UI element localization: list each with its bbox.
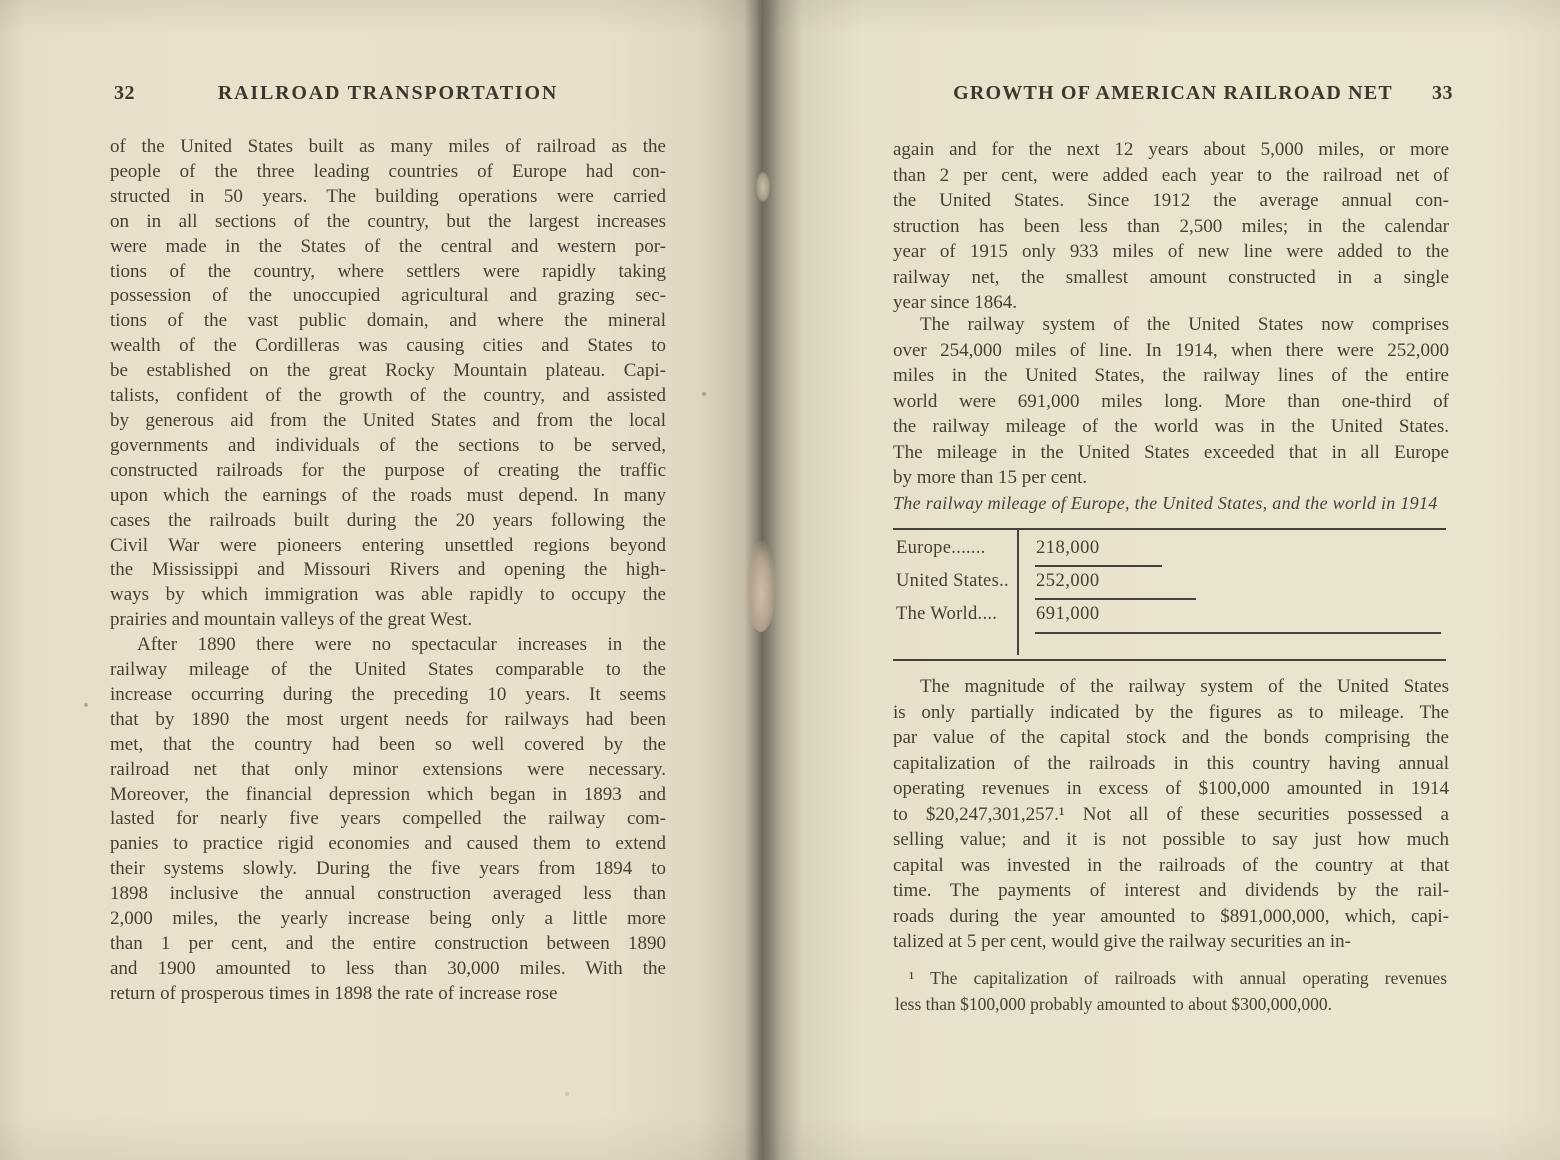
- text-line: by generous aid from the United States a…: [110, 409, 666, 434]
- binding-stitch: [756, 172, 770, 202]
- paragraph: The magnitude of the railway system of t…: [893, 674, 1449, 955]
- text-line: 1898 inclusive the annual construction a…: [110, 882, 666, 907]
- row-value: 252,000: [1036, 571, 1100, 592]
- running-header-right: GROWTH OF AMERICAN RAILROAD NET: [953, 82, 1393, 104]
- text-line: The mileage in the United States exceede…: [893, 440, 1449, 466]
- text-line: operating revenues in excess of $100,000…: [893, 776, 1449, 802]
- text-line: than 1 per cent, and the entire construc…: [110, 932, 666, 957]
- text-line: met, that the country had been so well c…: [110, 733, 666, 758]
- text-line: upon which the earnings of the roads mus…: [110, 484, 666, 509]
- text-line: the Mississippi and Missouri Rivers and …: [110, 558, 666, 583]
- row-value: 218,000: [1036, 538, 1100, 559]
- table-caption: The railway mileage of Europe, the Unite…: [893, 493, 1449, 514]
- text-line: ways by which immigration was able rapid…: [110, 583, 666, 608]
- text-line: roads during the year amounted to $891,0…: [893, 904, 1449, 930]
- paper-speck: [702, 392, 706, 396]
- text-line: is only partially indicated by the figur…: [893, 700, 1449, 726]
- text-line: The magnitude of the railway system of t…: [893, 674, 1449, 700]
- text-line: less than $100,000 probably amounted to …: [895, 992, 1447, 1018]
- text-line: talists, confident of the growth of the …: [110, 384, 666, 409]
- text-line: railroad net that only minor extensions …: [110, 758, 666, 783]
- text-line: that by 1890 the most urgent needs for r…: [110, 708, 666, 733]
- text-line: tions of the vast public domain, and whe…: [110, 309, 666, 334]
- table-row: The World.... 691,000: [893, 604, 1446, 628]
- text-line: wealth of the Cordilleras was causing ci…: [110, 334, 666, 359]
- text-line: over 254,000 miles of line. In 1914, whe…: [893, 338, 1449, 364]
- text-line: lasted for nearly five years compelled t…: [110, 807, 666, 832]
- text-line: world were 691,000 miles long. More than…: [893, 389, 1449, 415]
- paragraph: of the United States built as many miles…: [110, 135, 666, 633]
- mileage-bar-world: [1035, 632, 1441, 634]
- text-line: on in all sections of the country, but t…: [110, 210, 666, 235]
- text-line: and 1900 amounted to less than 30,000 mi…: [110, 957, 666, 982]
- paragraph: After 1890 there were no spectacular inc…: [110, 633, 666, 1007]
- table-top-rule: [893, 528, 1446, 530]
- page-number-left: 32: [114, 82, 135, 105]
- text-line: of the United States built as many miles…: [110, 135, 666, 160]
- table-row: Europe....... 218,000: [893, 538, 1446, 562]
- text-line: to $20,247,301,257.¹ Not all of these se…: [893, 802, 1449, 828]
- mileage-table: Europe....... 218,000 United States.. 25…: [893, 528, 1446, 662]
- text-line: struction has been less than 2,500 miles…: [893, 214, 1449, 240]
- text-line: talized at 5 per cent, would give the ra…: [893, 929, 1449, 955]
- text-line: cases the railroads built during the 20 …: [110, 509, 666, 534]
- row-label: United States..: [896, 571, 1009, 592]
- text-line: After 1890 there were no spectacular inc…: [110, 633, 666, 658]
- mileage-bar-europe: [1035, 565, 1162, 567]
- footnote: ¹ The capitalization of railroads with a…: [895, 966, 1447, 1017]
- row-label: The World....: [896, 604, 997, 625]
- running-header-left: RAILROAD TRANSPORTATION: [218, 82, 558, 104]
- text-line: prairies and mountain valleys of the gre…: [110, 608, 666, 633]
- text-line: be established on the great Rocky Mounta…: [110, 359, 666, 384]
- text-line: governments and individuals of the secti…: [110, 434, 666, 459]
- text-line: were made in the States of the central a…: [110, 235, 666, 260]
- paragraph: The railway system of the United States …: [893, 312, 1449, 491]
- text-line: year of 1915 only 933 miles of new line …: [893, 239, 1449, 265]
- text-line: the United States. Since 1912 the averag…: [893, 188, 1449, 214]
- left-page-header: 32 RAILROAD TRANSPORTATION: [110, 82, 666, 105]
- text-line: railway mileage of the United States com…: [110, 658, 666, 683]
- text-line: than 2 per cent, were added each year to…: [893, 163, 1449, 189]
- left-page-body: of the United States built as many miles…: [110, 135, 666, 1007]
- book-spread: 32 RAILROAD TRANSPORTATION of the United…: [0, 0, 1560, 1160]
- row-label: Europe.......: [896, 538, 986, 559]
- text-line: Civil War were pioneers entering unsettl…: [110, 534, 666, 559]
- row-value: 691,000: [1036, 604, 1100, 625]
- text-line: people of the three leading countries of…: [110, 160, 666, 185]
- text-line: again and for the next 12 years about 5,…: [893, 137, 1449, 163]
- text-line: The railway system of the United States …: [893, 312, 1449, 338]
- table-bottom-rule: [893, 659, 1446, 661]
- text-line: return of prosperous times in 1898 the r…: [110, 982, 666, 1007]
- text-line: ¹ The capitalization of railroads with a…: [895, 966, 1447, 992]
- text-line: par value of the capital stock and the b…: [893, 725, 1449, 751]
- text-line: selling value; and it is not possible to…: [893, 827, 1449, 853]
- text-line: increase occurring during the preceding …: [110, 683, 666, 708]
- paper-speck: [565, 1092, 569, 1096]
- binding-stitch: [746, 540, 776, 632]
- text-line: Moreover, the financial depression which…: [110, 783, 666, 808]
- text-line: railway net, the smallest amount constru…: [893, 265, 1449, 291]
- mileage-bar-united-states: [1035, 598, 1196, 600]
- text-line: 2,000 miles, the yearly increase being o…: [110, 907, 666, 932]
- text-line: capital was invested in the railroads of…: [893, 853, 1449, 879]
- paper-speck: [84, 703, 88, 707]
- table-row: United States.. 252,000: [893, 571, 1446, 595]
- text-line: by more than 15 per cent.: [893, 465, 1449, 491]
- text-line: constructed railroads for the purpose of…: [110, 459, 666, 484]
- text-line: time. The payments of interest and divid…: [893, 878, 1449, 904]
- text-line: possession of the unoccupied agricultura…: [110, 284, 666, 309]
- page-number-right: 33: [1432, 82, 1453, 105]
- text-line: panies to practice rigid economies and c…: [110, 832, 666, 857]
- text-line: miles in the United States, the railway …: [893, 363, 1449, 389]
- text-line: their systems slowly. During the five ye…: [110, 857, 666, 882]
- right-page-header: GROWTH OF AMERICAN RAILROAD NET 33: [893, 82, 1453, 105]
- paragraph: again and for the next 12 years about 5,…: [893, 137, 1449, 316]
- text-line: capitalization of the railroads in this …: [893, 751, 1449, 777]
- text-line: structed in 50 years. The building opera…: [110, 185, 666, 210]
- text-line: the railway mileage of the world was in …: [893, 414, 1449, 440]
- text-line: tions of the country, where settlers wer…: [110, 260, 666, 285]
